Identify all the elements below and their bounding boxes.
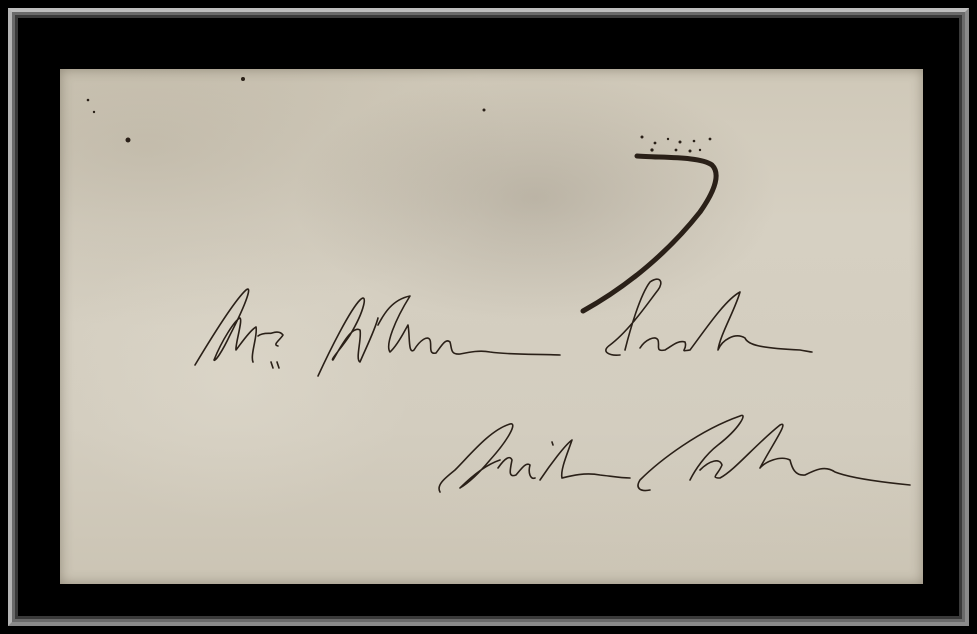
rate-marking-7 (583, 156, 716, 311)
address-line-2 (439, 415, 910, 492)
handwriting (0, 0, 977, 634)
ink-specks (87, 77, 712, 153)
address-line-1 (195, 279, 812, 376)
